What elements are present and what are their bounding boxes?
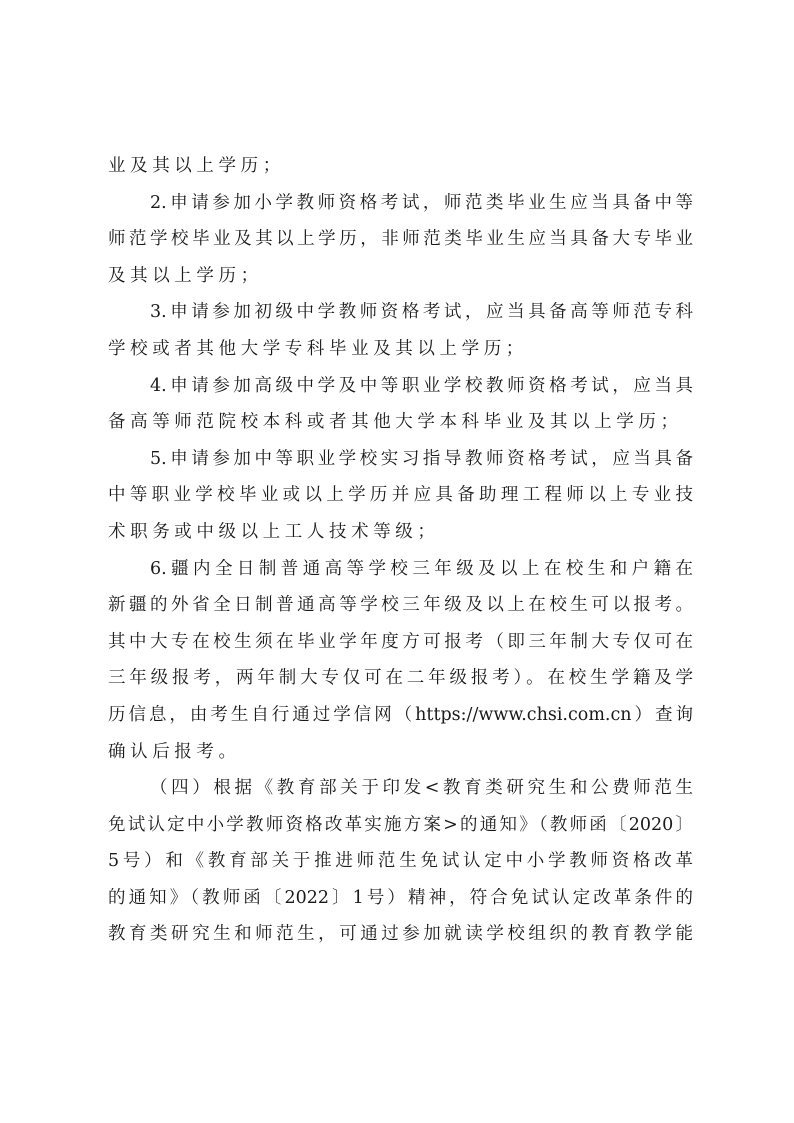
text-line: 确认后报考。 — [108, 734, 693, 771]
text-line: 6.疆内全日制普通高等学校三年级及以上在校生和户籍在 — [108, 551, 693, 588]
text-line: 术职务或中级以上工人技术等级； — [108, 514, 693, 551]
paragraph-section-4: （四）根据《教育部关于印发<教育类研究生和公费师范生 免试认定中小学教师资格改革… — [108, 770, 693, 953]
text-line: 5.申请参加中等职业学校实习指导教师资格考试，应当具备 — [108, 441, 693, 478]
text-line: 3.申请参加初级中学教师资格考试，应当具备高等师范专科 — [108, 294, 693, 331]
text-line: 及其以上学历； — [108, 258, 693, 295]
text-line: 其中大专在校生须在毕业学年度方可报考（即三年制大专仅可在 — [108, 624, 693, 661]
text-line: 三年级报考，两年制大专仅可在二年级报考）。在校生学籍及学 — [108, 660, 693, 697]
text-line: 5号）和《教育部关于推进师范生免试认定中小学教师资格改革 — [108, 843, 693, 880]
text-line: 2.申请参加小学教师资格考试，师范类毕业生应当具备中等 — [108, 185, 693, 222]
text-line-with-url: 历信息，由考生自行通过学信网（https://www.chsi.com.cn）查… — [108, 697, 693, 734]
paragraph-item-4: 4.申请参加高级中学及中等职业学校教师资格考试，应当具 备高等师范院校本科或者其… — [108, 368, 693, 441]
paragraph-item-2: 2.申请参加小学教师资格考试，师范类毕业生应当具备中等 师范学校毕业及其以上学历… — [108, 185, 693, 295]
paragraph-item-3: 3.申请参加初级中学教师资格考试，应当具备高等师范专科 学校或者其他大学专科毕业… — [108, 294, 693, 367]
paragraph-item-5: 5.申请参加中等职业学校实习指导教师资格考试，应当具备 中等职业学校毕业或以上学… — [108, 441, 693, 551]
text-line: 师范学校毕业及其以上学历，非师范类毕业生应当具备大专毕业 — [108, 221, 693, 258]
text-line: 教育类研究生和师范生，可通过参加就读学校组织的教育教学能 — [108, 916, 693, 953]
text-line: 4.申请参加高级中学及中等职业学校教师资格考试，应当具 — [108, 368, 693, 405]
text-line: 的通知》（教师函〔2022〕1号）精神，符合免试认定改革条件的 — [108, 880, 693, 917]
text-line: （四）根据《教育部关于印发<教育类研究生和公费师范生 — [108, 770, 693, 807]
text-line: 免试认定中小学教师资格改革实施方案>的通知》（教师函〔2020〕 — [108, 807, 693, 844]
text-line: 业及其以上学历； — [108, 148, 693, 185]
document-page: 业及其以上学历； 2.申请参加小学教师资格考试，师范类毕业生应当具备中等 师范学… — [0, 0, 794, 1123]
text-line: 备高等师范院校本科或者其他大学本科毕业及其以上学历； — [108, 404, 693, 441]
text-line: 学校或者其他大学专科毕业及其以上学历； — [108, 331, 693, 368]
paragraph-item-6: 6.疆内全日制普通高等学校三年级及以上在校生和户籍在 新疆的外省全日制普通高等学… — [108, 551, 693, 771]
text-line: 中等职业学校毕业或以上学历并应具备助理工程师以上专业技 — [108, 477, 693, 514]
paragraph-continuation: 业及其以上学历； — [108, 148, 693, 185]
text-line: 新疆的外省全日制普通高等学校三年级及以上在校生可以报考。 — [108, 587, 693, 624]
document-body: 业及其以上学历； 2.申请参加小学教师资格考试，师范类毕业生应当具备中等 师范学… — [108, 148, 693, 953]
